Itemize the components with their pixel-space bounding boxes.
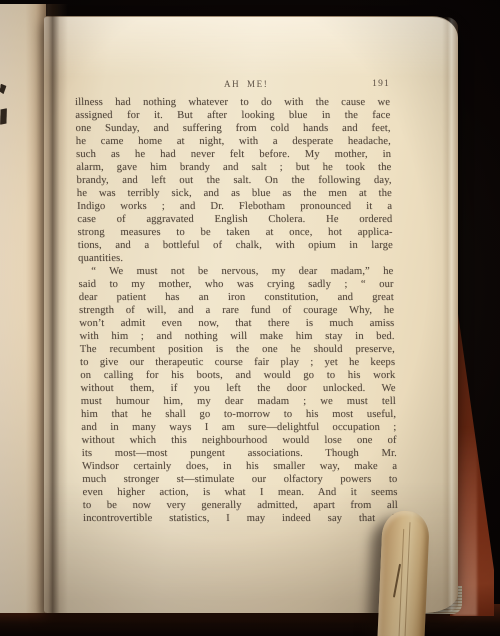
text-line: without them, if you left the door unloc…	[80, 382, 395, 395]
page-number: 191	[372, 79, 390, 89]
text-line: with him ; and nothing will make him sta…	[79, 330, 394, 343]
text-line: and in many ways I am sure—delightful oc…	[81, 421, 396, 434]
text-line: assigned for it. But after looking blue …	[75, 109, 390, 122]
text-line: to be now very generally admitted, apart…	[83, 499, 398, 512]
text-line: tions, and a bottleful of chalk, with op…	[78, 239, 393, 252]
text-line: its most—most pungent associations. Thou…	[82, 447, 397, 460]
text-line: quantities.	[78, 252, 393, 265]
book-photo-scene: AH ME! 191 illness had nothing whatever …	[0, 0, 500, 636]
text-line: “ We must not be nervous, my dear madam,…	[78, 265, 393, 278]
text-line: he was terribly sick, and as blue as the…	[77, 187, 392, 200]
text-line: illness had nothing whatever to do with …	[75, 96, 390, 109]
text-line: incontrovertible statistics, I may indee…	[83, 512, 398, 525]
text-line: strong measures to be taken at once, hot…	[77, 226, 392, 239]
ink-mark	[0, 108, 8, 125]
text-line: much stronger st—stimulate our olfactory…	[82, 473, 397, 486]
text-line: such as he had never felt before. My mot…	[76, 148, 391, 161]
text-line: to give our therapeutic course fair play…	[80, 356, 395, 369]
text-line: without which this neighbourhood would l…	[81, 434, 396, 447]
text-line: he came home at night, with a desperate …	[76, 135, 391, 148]
page-right-edge	[442, 17, 458, 613]
stick-grain	[398, 529, 404, 636]
text-line: Windsor certainly does, in his smaller w…	[82, 460, 397, 473]
facing-page-strip	[0, 4, 46, 613]
page-text: illness had nothing whatever to do with …	[75, 96, 398, 525]
wooden-stick	[377, 510, 430, 636]
chapter-title: AH ME!	[224, 79, 268, 89]
text-line: alarm, gave him brandy and salt ; but he…	[76, 161, 391, 174]
text-line: said to my mother, who was crying sadly …	[78, 278, 393, 291]
text-line: on calling for his boots, and would go t…	[80, 369, 395, 382]
stick-grain	[405, 522, 411, 636]
text-line: one Sunday, and suffering from cold hand…	[75, 122, 390, 135]
ink-mark	[0, 84, 7, 95]
text-line: case of aggravated English Cholera. He o…	[77, 213, 392, 226]
text-line: must humour him, my dear madam ; we must…	[81, 395, 396, 408]
text-line: even higher action, is what I mean. And …	[82, 486, 397, 499]
text-line: won’t admit even now, that there is much…	[79, 317, 394, 330]
text-line: The recumbent position is the one he sho…	[80, 343, 395, 356]
text-line: brandy, and left out the salt. On the fo…	[76, 174, 391, 187]
running-header: AH ME! 191	[75, 79, 390, 93]
text-line: dear patient has an iron constitution, a…	[79, 291, 394, 304]
text-line: Indigo works ; and Dr. Flebotham pronoun…	[77, 200, 392, 213]
text-line: him that he shall go to-morrow to his mo…	[81, 408, 396, 421]
text-line: strength of will, and a rare fund of cou…	[79, 304, 394, 317]
